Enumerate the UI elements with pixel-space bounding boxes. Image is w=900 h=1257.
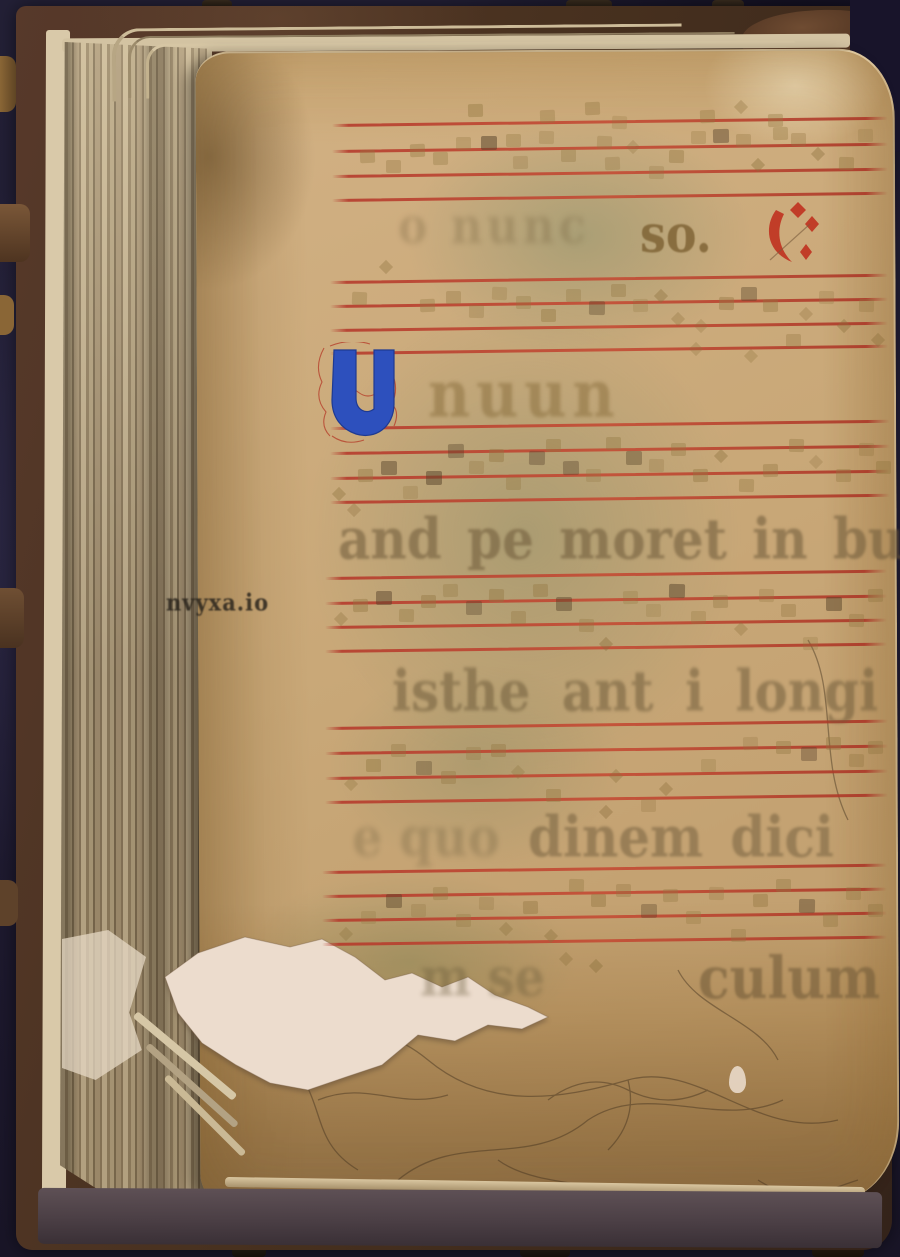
neume-dk — [741, 287, 757, 301]
neume-sq — [353, 599, 368, 612]
neume-sq — [358, 469, 373, 482]
neume-sq — [623, 591, 638, 604]
neume-sq — [776, 741, 791, 754]
neume-sq — [466, 747, 481, 760]
neume-sq — [579, 619, 594, 632]
neume-sq — [506, 134, 521, 147]
neume-sq — [773, 127, 788, 140]
neume-sq — [693, 469, 708, 482]
neume-sq — [469, 461, 484, 474]
lyric-ghost-quo: e quo — [352, 806, 500, 869]
neume-sq — [352, 292, 367, 306]
neume-sq — [539, 131, 554, 144]
neume-sq — [443, 584, 458, 597]
neume-sq — [421, 595, 436, 608]
neume-sq — [540, 110, 555, 124]
clasp-peg — [0, 295, 14, 335]
neume-sq — [591, 894, 606, 907]
neume-sq — [605, 157, 620, 171]
neume-sq — [781, 604, 796, 617]
neume-sq — [523, 901, 538, 914]
neume-sq — [546, 439, 561, 452]
clasp-peg — [0, 56, 16, 112]
neume-sq — [446, 291, 461, 304]
neume-dk — [713, 129, 729, 143]
neume-sq — [876, 461, 891, 474]
neume-sq — [585, 102, 600, 116]
neume-sq — [776, 879, 791, 892]
neume-sq — [849, 754, 864, 767]
neume-dk — [529, 451, 545, 465]
lyric-ghost-se: m se — [420, 946, 545, 1009]
neume-dk — [426, 471, 442, 485]
neume-sq — [846, 887, 861, 900]
neume-dk — [556, 597, 572, 611]
neume-sq — [360, 150, 375, 164]
neume-sq — [839, 157, 854, 170]
lyric-culum: culum — [698, 944, 880, 1012]
neume-dk — [381, 461, 397, 475]
neume-sq — [386, 160, 401, 173]
neume-sq — [859, 443, 874, 456]
neume-sq — [491, 744, 506, 757]
manuscript-photo: o nunc so. nuun and pe moret in bu isthe… — [0, 0, 900, 1257]
neume-sq — [686, 911, 701, 924]
neume-sq — [361, 911, 376, 924]
lyric-dinem: dinem dici — [528, 804, 834, 870]
neume-dk — [376, 591, 392, 605]
neume-sq — [399, 609, 414, 622]
neume-dk — [626, 451, 642, 465]
neume-sq — [669, 150, 684, 163]
neume-sq — [719, 297, 734, 310]
neume-dk — [386, 894, 402, 908]
neume-sq — [736, 134, 751, 147]
neume-sq — [391, 744, 406, 757]
clasp-peg — [0, 204, 30, 262]
neume-sq — [663, 889, 678, 902]
neume-sq — [566, 289, 581, 302]
neume-dk — [481, 136, 497, 150]
neume-sq — [403, 486, 418, 499]
lyric-line-longi: isthe ant i longi — [392, 658, 878, 724]
neume-sq — [616, 884, 631, 897]
neume-sq — [410, 144, 425, 158]
marginal-inscription: nvyxa.io — [166, 588, 269, 616]
initial-letter-shape — [332, 350, 394, 435]
neume-sq — [700, 110, 715, 124]
neume-sq — [868, 741, 883, 754]
neume-sq — [546, 789, 561, 802]
lyric-line-bu: and pe moret in bu — [338, 506, 900, 572]
neume-dk — [801, 747, 817, 761]
neume-sq — [791, 133, 806, 146]
neume-sq — [506, 477, 521, 490]
neume-sq — [671, 443, 686, 456]
neume-dk — [669, 584, 685, 598]
neume-sq — [709, 887, 724, 900]
neume-sq — [468, 104, 483, 117]
neume-sq — [441, 771, 456, 784]
neume-sq — [743, 737, 758, 750]
neume-sq — [411, 904, 426, 917]
neume-sq — [433, 887, 448, 900]
neume-sq — [819, 291, 834, 304]
neume-sq — [611, 284, 626, 297]
neume-sq — [456, 137, 471, 150]
neume-sq — [859, 299, 874, 312]
neume-dk — [589, 301, 605, 315]
neume-sq — [366, 759, 381, 772]
neume-dk — [563, 461, 579, 475]
neume-dk — [799, 899, 815, 913]
neume-sq — [513, 156, 528, 169]
neume-sq — [597, 136, 612, 150]
neume-sq — [868, 589, 883, 602]
neume-sq — [789, 439, 804, 452]
neume-sq — [489, 449, 504, 462]
faded-lyric-ghost: o nunc — [398, 198, 589, 255]
neume-sq — [701, 759, 716, 772]
neume-sq — [826, 737, 841, 750]
neume-dk — [466, 601, 482, 615]
neume-sq — [479, 897, 494, 910]
neume-sq — [561, 149, 576, 162]
neume-sq — [713, 595, 728, 608]
neume-sq — [739, 479, 754, 492]
neume-sq — [533, 584, 548, 597]
rubric-versicle-mark — [762, 196, 824, 274]
neume-sq — [763, 299, 778, 312]
neume-sq — [633, 299, 648, 312]
lyric-so: so. — [640, 204, 712, 264]
neume-sq — [786, 334, 801, 347]
neume-sq — [759, 589, 774, 602]
neume-sq — [731, 929, 746, 942]
neume-sq — [868, 904, 883, 917]
neume-sq — [516, 296, 531, 309]
clasp-peg — [0, 880, 18, 926]
neume-sq — [469, 305, 484, 318]
neume-sq — [511, 611, 526, 624]
neume-sq — [691, 611, 706, 624]
neume-sq — [649, 459, 664, 472]
neume-sq — [836, 469, 851, 482]
neume-sq — [612, 116, 627, 130]
illuminated-initial — [316, 342, 408, 446]
parchment-flaw-spot — [729, 1066, 746, 1093]
neume-sq — [849, 614, 864, 627]
lyric-minims: nuun — [428, 356, 621, 432]
neume-sq — [858, 129, 873, 142]
neume-sq — [569, 879, 584, 892]
leather-bottom-strip — [38, 1188, 882, 1248]
neume-dk — [826, 597, 842, 611]
neume-sq — [541, 309, 556, 322]
neume-sq — [691, 131, 706, 144]
neume-sq — [456, 914, 471, 927]
neume-sq — [649, 166, 664, 179]
neume-sq — [492, 287, 507, 301]
neume-sq — [753, 894, 768, 907]
neume-sq — [586, 469, 601, 482]
clasp-peg — [0, 588, 24, 648]
neume-dk — [641, 904, 657, 918]
neume-dk — [416, 761, 432, 775]
neume-sq — [646, 604, 661, 617]
neume-dk — [448, 444, 464, 458]
neume-sq — [489, 589, 504, 602]
neume-sq — [433, 152, 448, 165]
neume-sq — [420, 299, 435, 313]
neume-sq — [803, 637, 818, 650]
neume-sq — [606, 437, 621, 450]
neume-sq — [768, 114, 783, 127]
neume-sq — [823, 914, 838, 927]
neume-sq — [763, 464, 778, 477]
